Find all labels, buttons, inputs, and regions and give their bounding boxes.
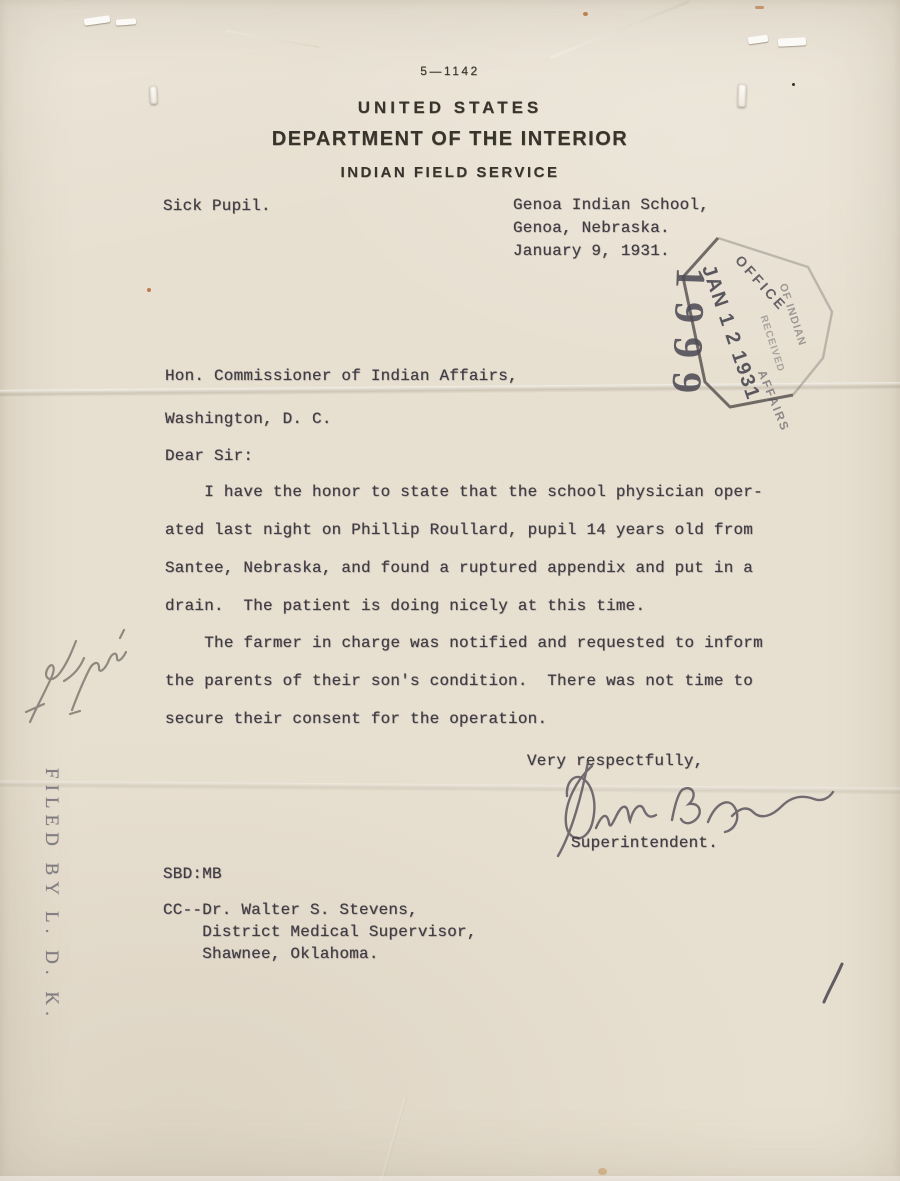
rust-speck [755, 6, 764, 9]
cc-block: CC--Dr. Walter S. Stevens, District Medi… [163, 899, 583, 965]
wrinkle-top-left [226, 30, 320, 48]
wrinkle-bottom [380, 1096, 408, 1181]
recipient-line1: Hon. Commissioner of Indian Affairs, [165, 366, 518, 386]
stray-pen-mark [812, 958, 852, 1008]
rust-speck [598, 1168, 607, 1175]
rust-speck [583, 12, 588, 16]
letterhead-department: DEPARTMENT OF THE INTERIOR [0, 128, 900, 151]
paper-nick [778, 37, 806, 46]
scan-edge [0, 1176, 900, 1181]
handwritten-file-note [12, 592, 127, 737]
letterhead-service: INDIAN FIELD SERVICE [0, 164, 900, 181]
paper-nick [84, 15, 111, 26]
stamp-file-number: 1999 [661, 266, 714, 408]
paper-nick [748, 35, 769, 45]
filed-by-stamp: FILED BY L. D. K. [40, 768, 62, 1022]
body-paragraph-2: The farmer in charge was notified and re… [165, 624, 815, 738]
salutation: Dear Sir: [165, 446, 253, 466]
paper-nick [116, 18, 136, 25]
subject-line: Sick Pupil. [163, 196, 271, 216]
recipient-line2: Washington, D. C. [165, 409, 332, 429]
rust-speck [147, 288, 151, 292]
scanned-letter-page: 5—1142 UNITED STATES DEPARTMENT OF THE I… [0, 0, 900, 1181]
form-number: 5—1142 [0, 64, 900, 78]
wrinkle-top-right [550, 0, 690, 59]
typist-initials: SBD:MB [163, 864, 222, 884]
letterhead-united-states: UNITED STATES [0, 98, 900, 118]
signature-title: Superintendent. [571, 833, 718, 853]
ink-dot [792, 83, 795, 86]
body-paragraph-1: I have the honor to state that the schoo… [165, 473, 815, 625]
